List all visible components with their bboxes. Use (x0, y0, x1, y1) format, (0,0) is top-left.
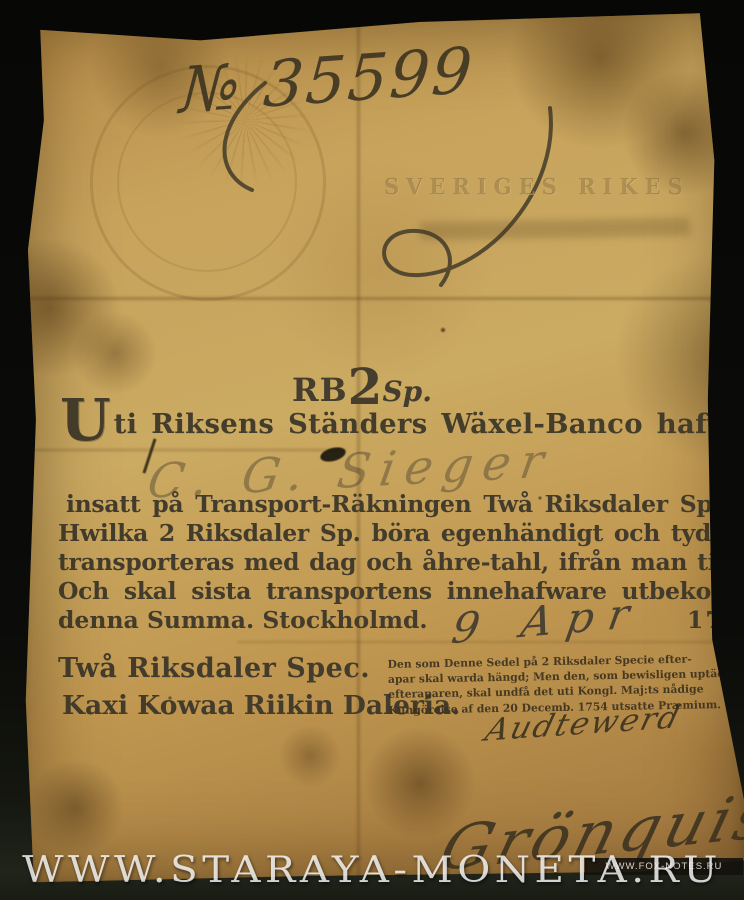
horizontal-fold-crease (20, 296, 744, 301)
banknote-paper: № 35599 SVERIGES RIKES RB2Sp. U ti Rikse… (20, 8, 744, 884)
vertical-fold-crease (356, 8, 361, 884)
ornate-initial-letter: U (60, 394, 111, 446)
embossed-country-title: SVERIGES RIKES (372, 173, 702, 199)
bank-title-line: U ti Riksens Ständers Wäxel-Banco hafwer (60, 394, 744, 446)
body-text-line: transporteras med dag och åhre-tahl, ifr… (58, 548, 744, 577)
body-text-line: insatt på Transport-Räkningen Twå Riksda… (58, 490, 744, 519)
printed-year: 1789. (687, 606, 744, 634)
body-text-line: Hwilka 2 Riksdaler Sp. böra egenhändigt … (58, 519, 744, 548)
horizontal-fold-crease (20, 448, 346, 452)
denomination-text-swedish: Twå Riksdaler Spec. (58, 653, 370, 684)
horizontal-fold-crease (237, 640, 744, 644)
faded-print-smudge (420, 218, 690, 241)
banknote-photo: № 35599 SVERIGES RIKES RB2Sp. U ti Rikse… (0, 0, 744, 900)
main-site-watermark: WWW.STARAYA-MONETA.RU (0, 850, 744, 891)
date-line-printed: denna Summa. Stockholmd. (58, 606, 428, 634)
